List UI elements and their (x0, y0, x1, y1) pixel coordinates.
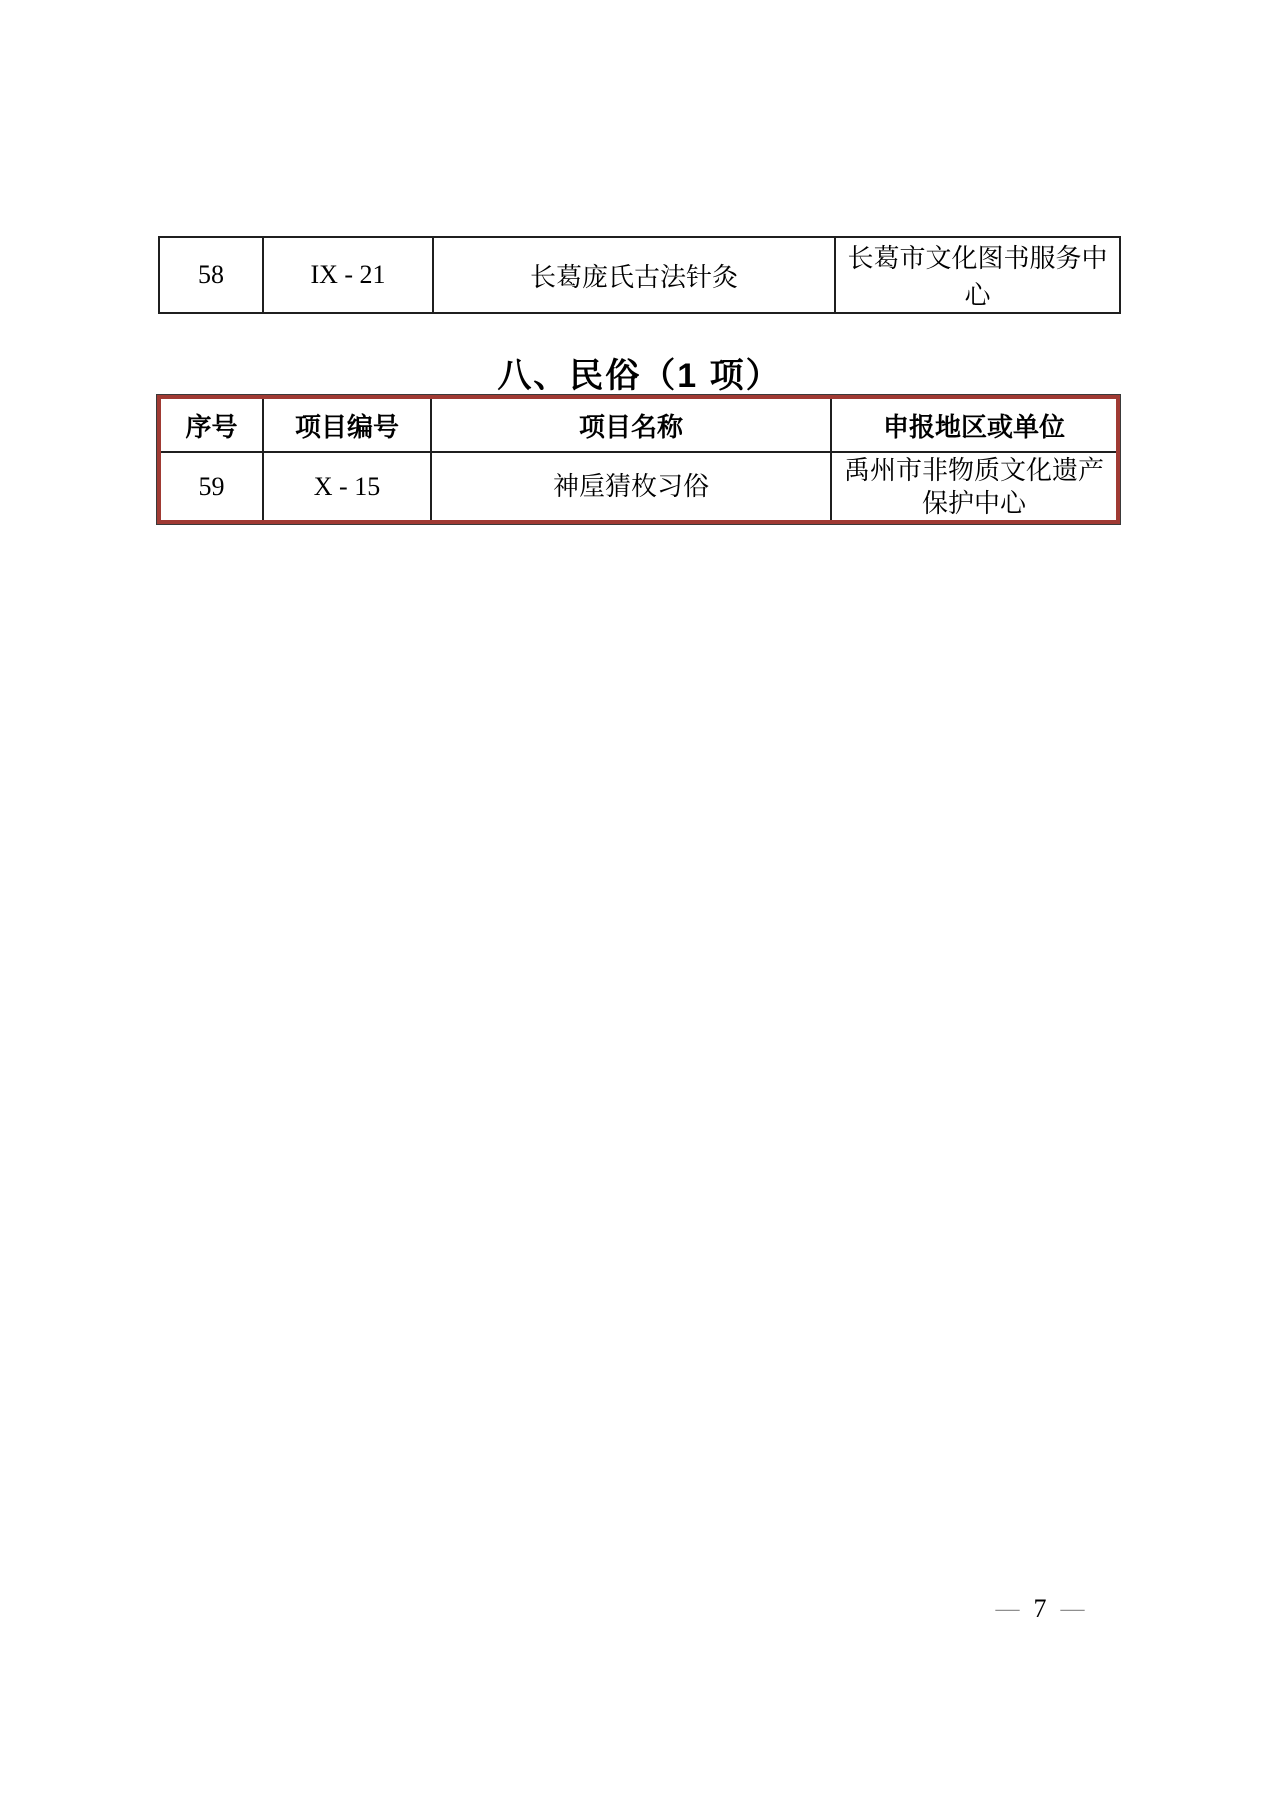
row-index-cell: 58 (159, 237, 263, 313)
page-number-right-dash: — (1061, 1597, 1085, 1621)
page-number-left-dash: — (996, 1597, 1020, 1621)
table-row: 59 X - 15 神垕猜枚习俗 禹州市非物质文化遗产保护中心 (161, 452, 1116, 520)
header-name: 项目名称 (431, 399, 831, 452)
applicant-unit-cell: 禹州市非物质文化遗产保护中心 (831, 452, 1116, 520)
table-row: 58 IX - 21 长葛庞氏古法针灸 长葛市文化图书服务中心 (159, 237, 1120, 313)
project-name-cell: 长葛庞氏古法针灸 (433, 237, 835, 313)
document-page: 58 IX - 21 长葛庞氏古法针灸 长葛市文化图书服务中心 八、民俗（1 项… (0, 0, 1280, 1811)
header-code: 项目编号 (263, 399, 431, 452)
project-code-cell: IX - 21 (263, 237, 433, 313)
page-number-value: 7 (1034, 1594, 1047, 1624)
folk-customs-table: 序号 项目编号 项目名称 申报地区或单位 59 X - 15 神垕猜枚习俗 禹州… (161, 399, 1116, 520)
red-highlight-box: 序号 项目编号 项目名称 申报地区或单位 59 X - 15 神垕猜枚习俗 禹州… (157, 395, 1120, 524)
applicant-unit-cell: 长葛市文化图书服务中心 (835, 237, 1120, 313)
header-row: 序号 项目编号 项目名称 申报地区或单位 (161, 399, 1116, 452)
project-code-cell: X - 15 (263, 452, 431, 520)
folk-table-frame: 序号 项目编号 项目名称 申报地区或单位 59 X - 15 神垕猜枚习俗 禹州… (156, 394, 1121, 525)
page-number: — 7 — (975, 1594, 1105, 1624)
project-name-cell: 神垕猜枚习俗 (431, 452, 831, 520)
row-index-cell: 59 (161, 452, 263, 520)
previous-section-table: 58 IX - 21 长葛庞氏古法针灸 长葛市文化图书服务中心 (158, 236, 1121, 314)
section-title: 八、民俗（1 项） (159, 348, 1120, 397)
header-index: 序号 (161, 399, 263, 452)
header-applicant: 申报地区或单位 (831, 399, 1116, 452)
